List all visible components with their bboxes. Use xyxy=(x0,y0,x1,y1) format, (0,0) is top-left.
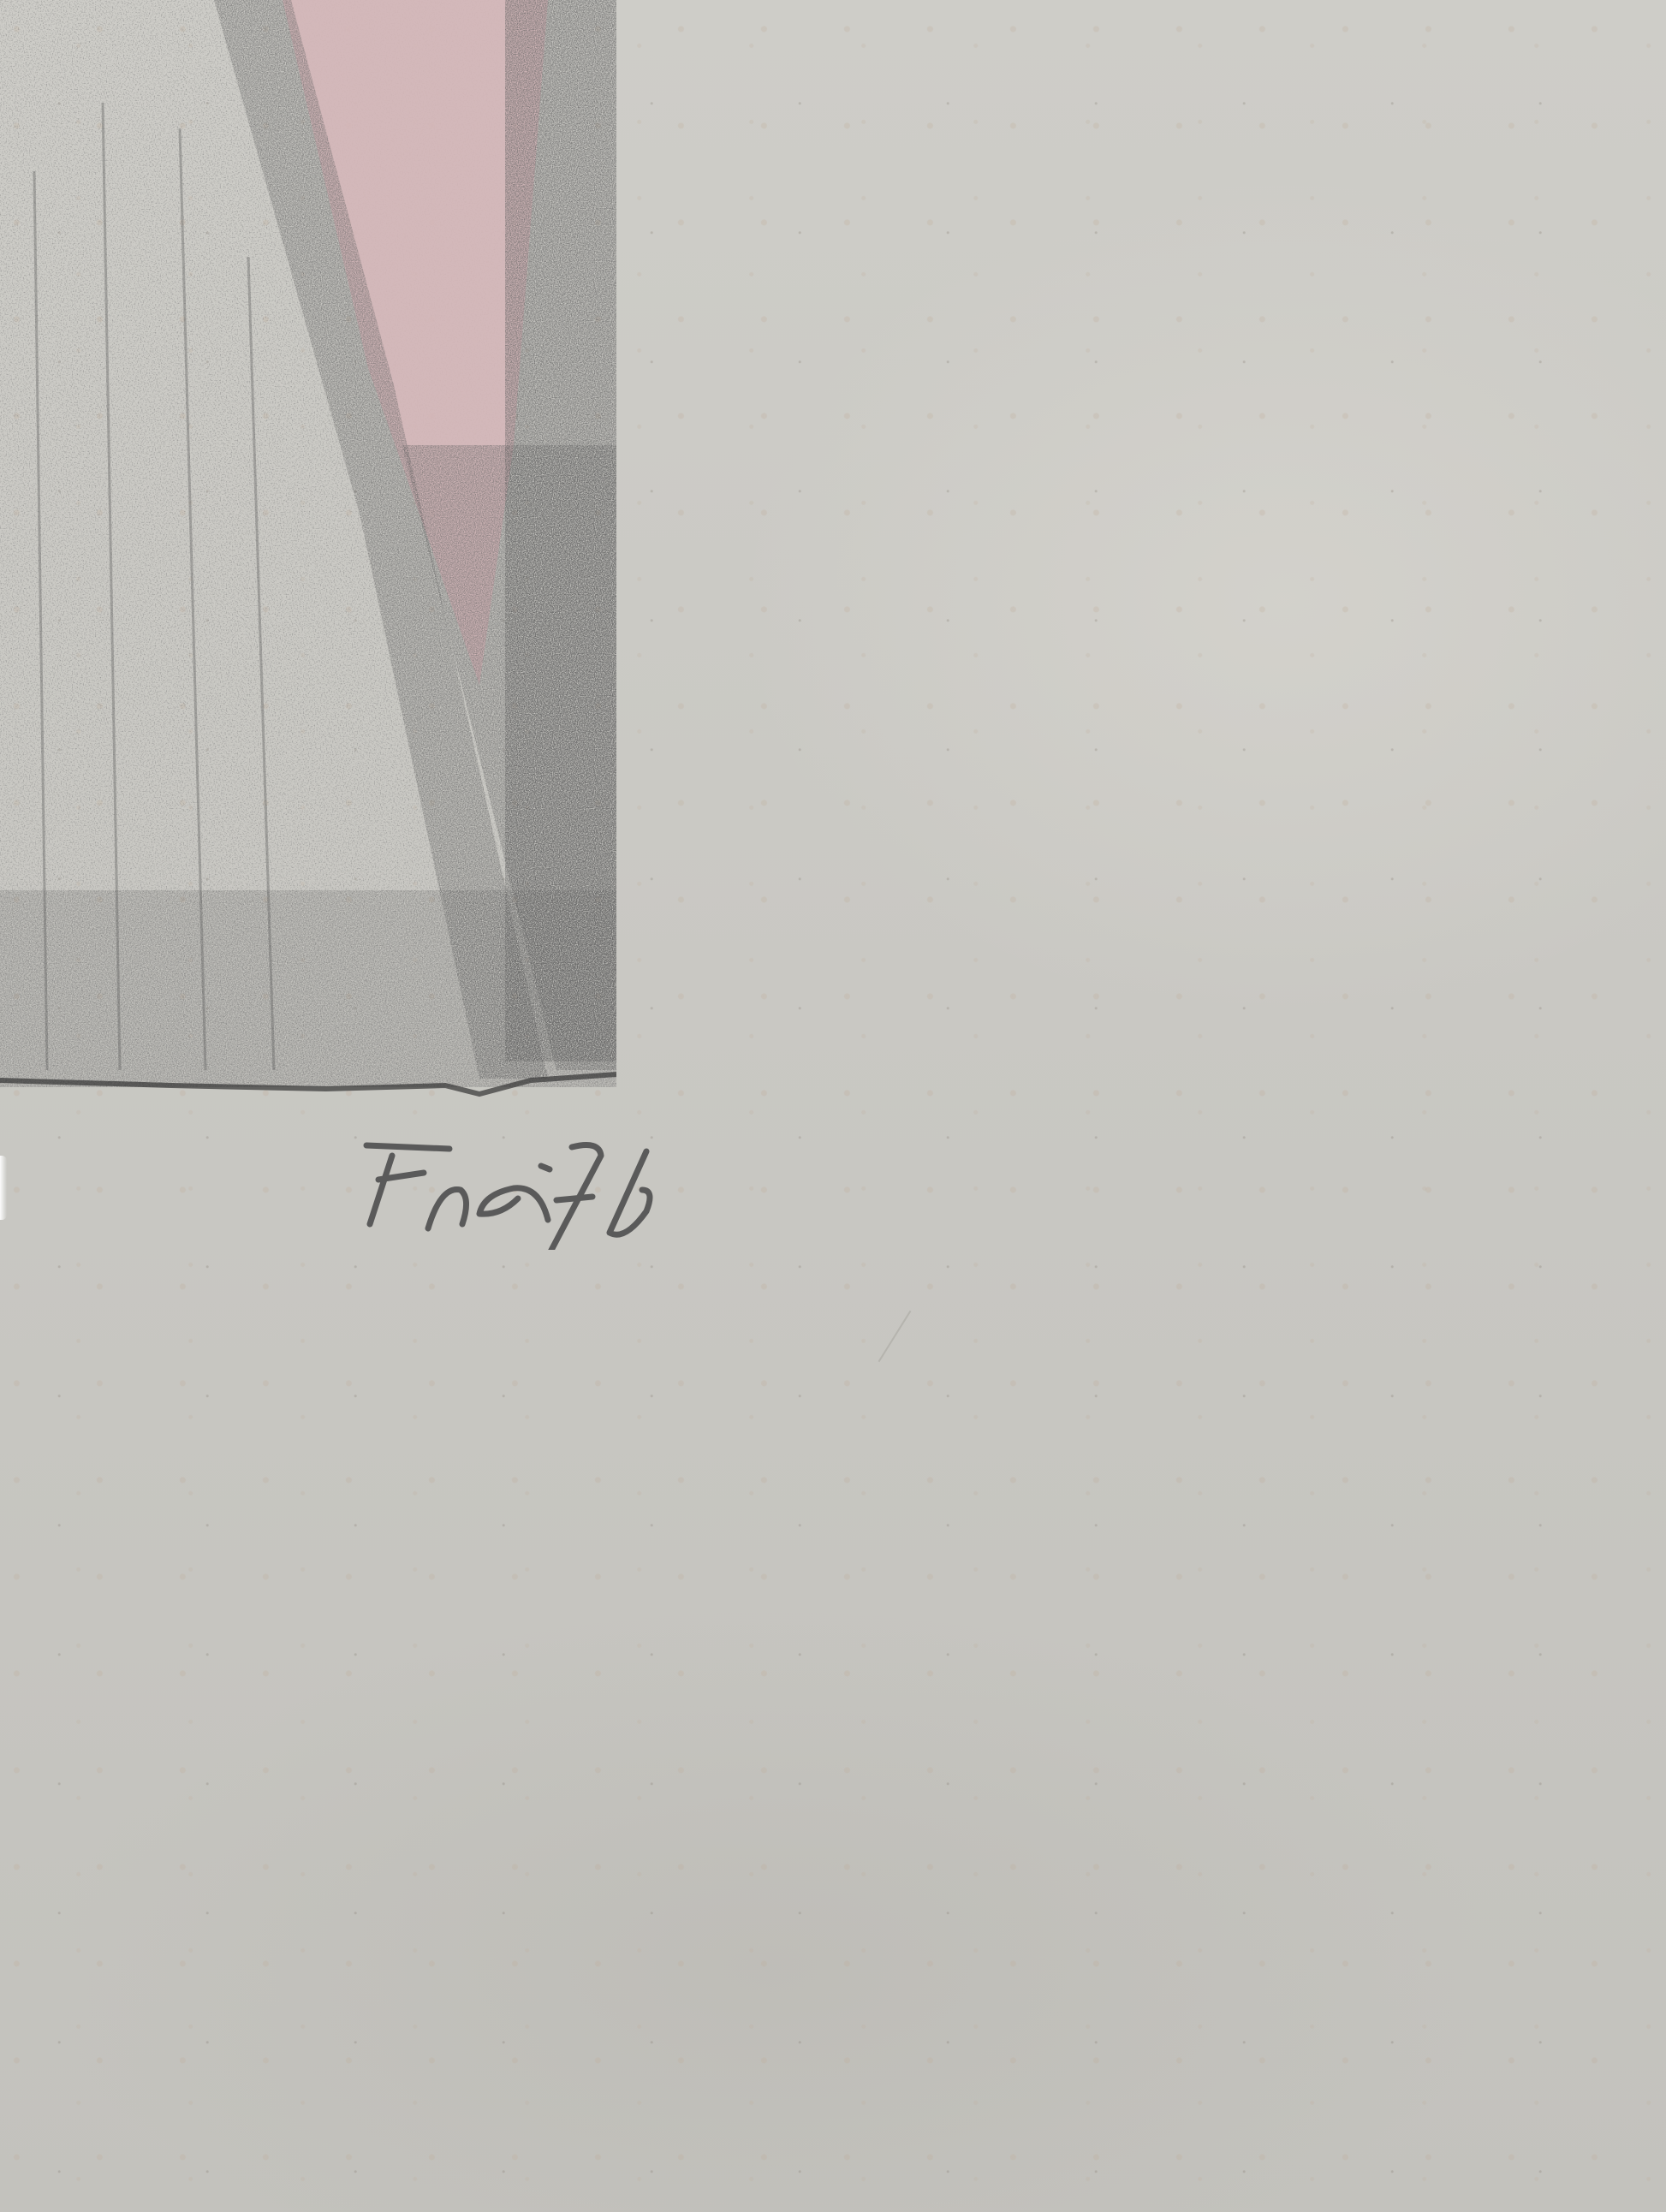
drawing-fragment xyxy=(0,0,616,1100)
signature-svg xyxy=(342,1104,659,1250)
artist-signature: Frai '76 xyxy=(342,1104,659,1250)
drawing-svg xyxy=(0,0,616,1100)
glass-glare xyxy=(0,1156,7,1220)
